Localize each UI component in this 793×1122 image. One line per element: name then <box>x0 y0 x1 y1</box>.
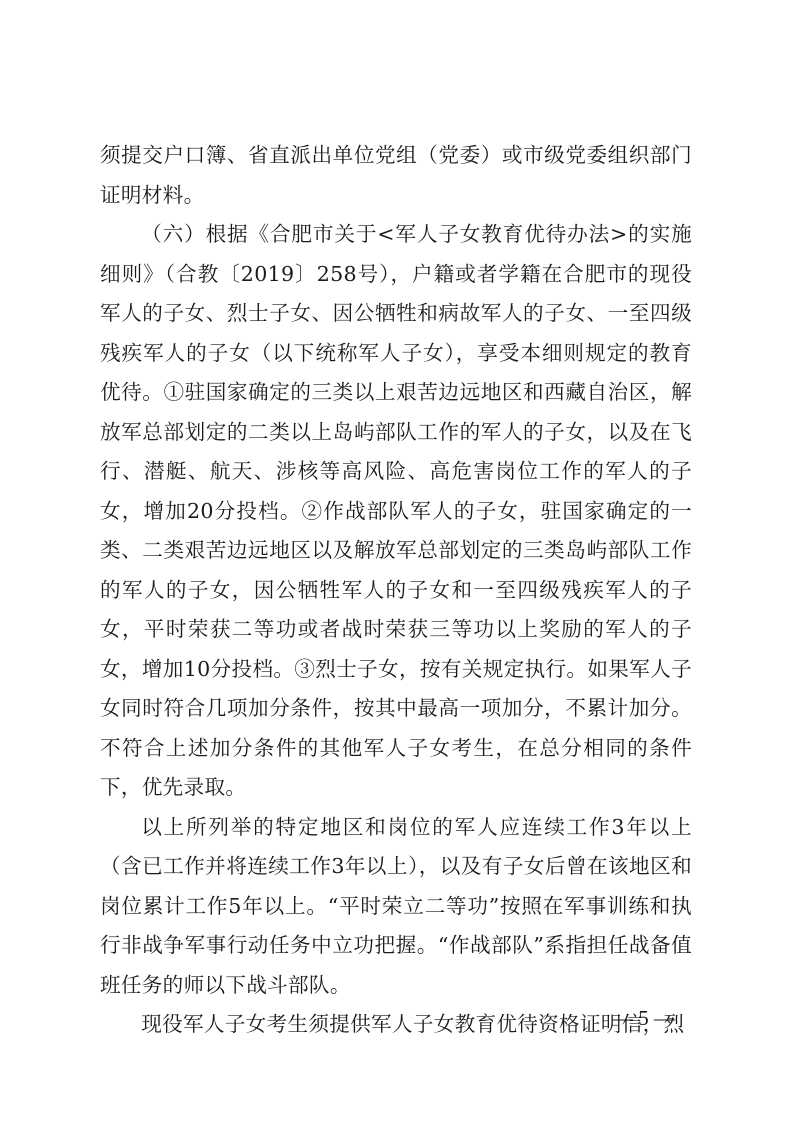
paragraph-section-six: （六）根据《合肥市关于<军人子女教育优待办法>的实施细则》（合教〔2019〕25… <box>100 215 692 808</box>
page-number: — 5 — <box>612 1006 675 1031</box>
paragraph-continuation: 须提交户口簿、省直派出单位党组（党委）或市级党委组织部门证明材料。 <box>100 136 692 215</box>
paragraph-conditions-note: 以上所列举的特定地区和岗位的军人应连续工作3年以上（含已工作并将连续工作3年以上… <box>100 808 692 1006</box>
paragraph-certificate-requirement: 现役军人子女考生须提供军人子女教育优待资格证明信，烈 <box>100 1005 692 1045</box>
document-body: 须提交户口簿、省直派出单位党组（党委）或市级党委组织部门证明材料。 （六）根据《… <box>100 136 692 1045</box>
